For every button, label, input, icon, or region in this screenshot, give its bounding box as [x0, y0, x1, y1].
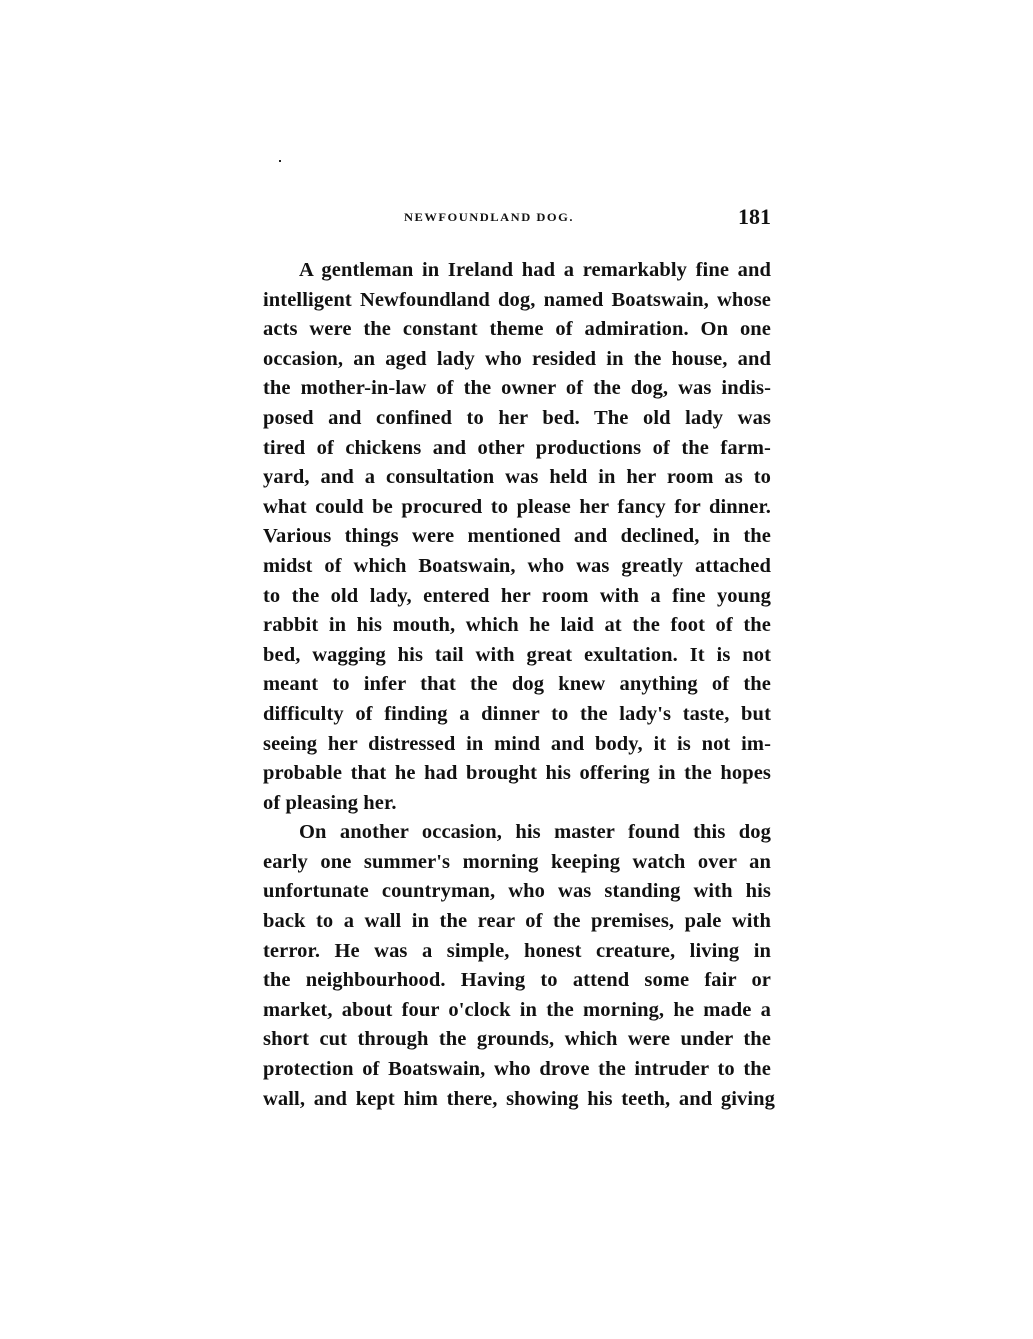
text-line: midst of which Boatswain, who was greatl…	[263, 552, 771, 582]
running-head: NEWFOUNDLAND DOG. 181	[263, 204, 771, 234]
text-line: A gentleman in Ireland had a remarkably …	[263, 256, 771, 286]
text-line: what could be procured to please her fan…	[263, 493, 771, 523]
running-title: NEWFOUNDLAND DOG.	[404, 210, 574, 224]
text-line: back to a wall in the rear of the premis…	[263, 907, 771, 937]
text-line: yard, and a consultation was held in her…	[263, 463, 771, 493]
text-line: unfortunate countryman, who was standing…	[263, 877, 771, 907]
text-line: Various things were mentioned and declin…	[263, 522, 771, 552]
text-line: meant to infer that the dog knew anythin…	[263, 670, 771, 700]
text-line: rabbit in his mouth, which he laid at th…	[263, 611, 771, 641]
text-line: bed, wagging his tail with great exultat…	[263, 641, 771, 671]
text-line: tired of chickens and other productions …	[263, 434, 771, 464]
text-line: wall, and kept him there, showing his te…	[263, 1085, 775, 1115]
book-page: NEWFOUNDLAND DOG. 181 A gentleman in Ire…	[263, 204, 771, 1114]
text-line: market, about four o'clock in the mornin…	[263, 996, 771, 1026]
text-line: posed and confined to her bed. The old l…	[263, 404, 771, 434]
text-line: acts were the constant theme of admirati…	[263, 315, 771, 345]
body-text: A gentleman in Ireland had a remarkably …	[263, 256, 771, 1114]
text-line: intelligent Newfoundland dog, named Boat…	[263, 286, 771, 316]
text-line: to the old lady, entered her room with a…	[263, 582, 771, 612]
text-line: the neighbourhood. Having to attend some…	[263, 966, 771, 996]
text-line: early one summer's morning keeping watch…	[263, 848, 771, 878]
text-line: seeing her distressed in mind and body, …	[263, 730, 771, 760]
text-line: On another occasion, his master found th…	[263, 818, 771, 848]
scan-speck	[279, 160, 281, 162]
text-line: difficulty of finding a dinner to the la…	[263, 700, 771, 730]
text-line: terror. He was a simple, honest creature…	[263, 937, 771, 967]
text-line: probable that he had brought his offerin…	[263, 759, 771, 789]
text-line: the mother-in-law of the owner of the do…	[263, 374, 771, 404]
text-line: protection of Boatswain, who drove the i…	[263, 1055, 771, 1085]
text-line: short cut through the grounds, which wer…	[263, 1025, 771, 1055]
text-line: occasion, an aged lady who resided in th…	[263, 345, 771, 375]
page-number: 181	[738, 204, 771, 230]
text-line: of pleasing her.	[263, 789, 771, 819]
